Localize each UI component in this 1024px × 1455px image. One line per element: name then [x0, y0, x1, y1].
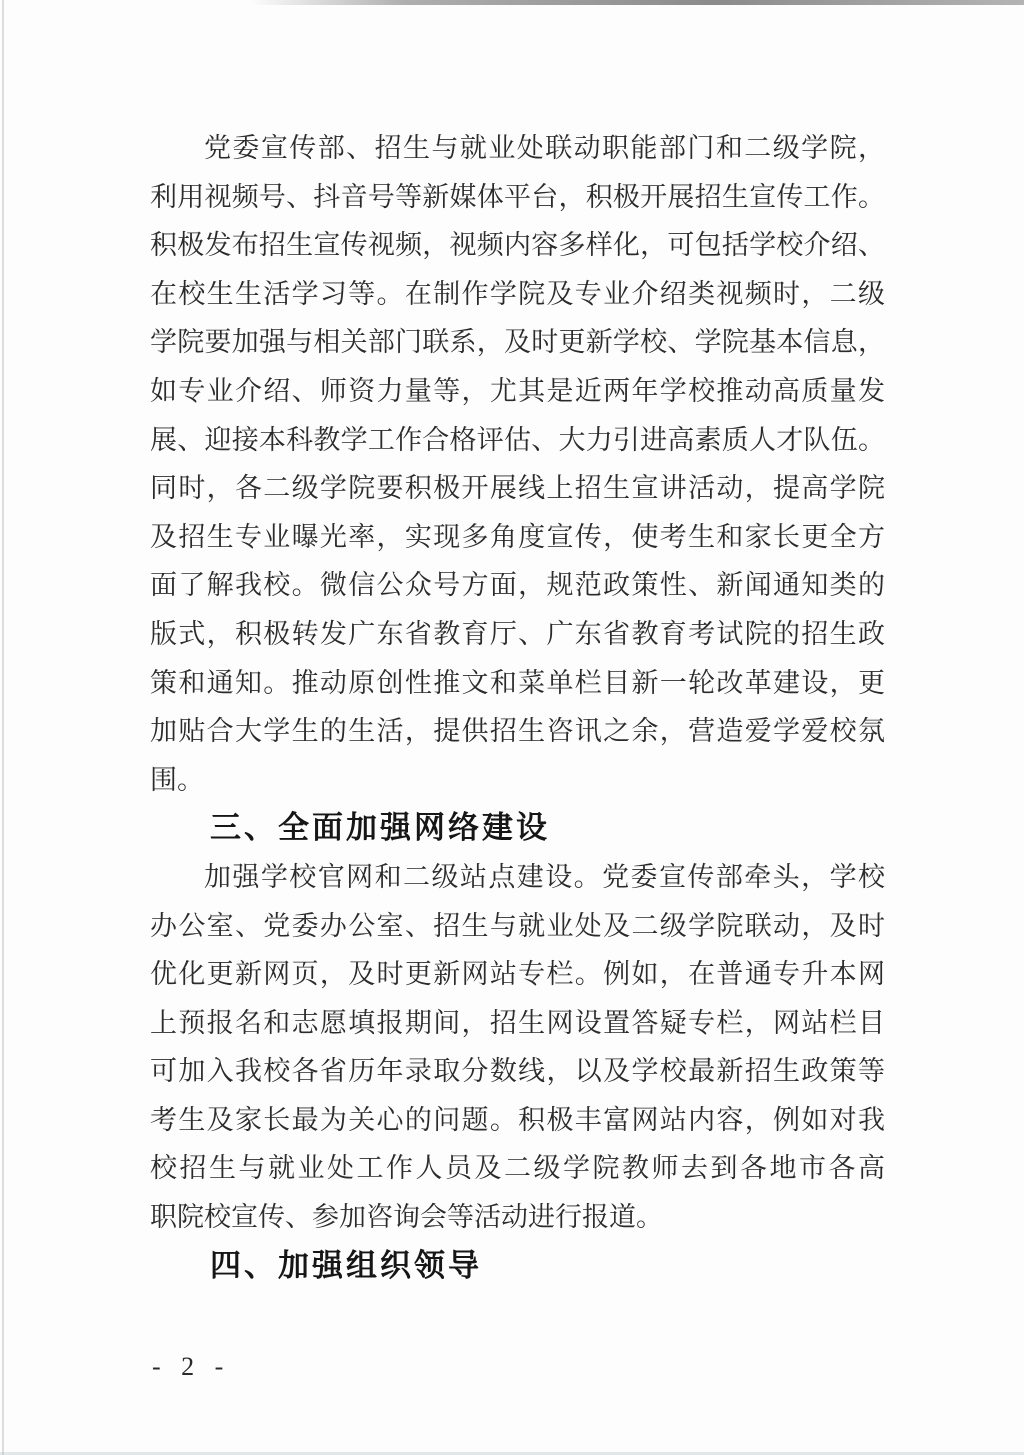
doc-line: 面了解我校。微信公众号方面，规范政策性、新闻通知类的: [150, 561, 885, 610]
doc-line: 上预报名和志愿填报期间，招生网设置答疑专栏，网站栏目: [150, 999, 885, 1048]
doc-line: 可加入我校各省历年录取分数线，以及学校最新招生政策等: [150, 1047, 885, 1096]
doc-line: 加贴合大学生的生活，提供招生咨讯之余，营造爱学爱校氛: [150, 707, 885, 756]
document-body: 党委宣传部、招生与就业处联动职能部门和二级学院， 利用视频号、抖音号等新媒体平台…: [150, 124, 885, 1290]
doc-line: 如专业介绍、师资力量等，尤其是近两年学校推动高质量发: [150, 367, 885, 416]
doc-line: 考生及家长最为关心的问题。积极丰富网站内容，例如对我: [150, 1096, 885, 1145]
doc-line: 在校生生活学习等。在制作学院及专业介绍类视频时，二级: [150, 270, 885, 319]
doc-line: 职院校宣传、参加咨询会等活动进行报道。: [150, 1193, 885, 1242]
doc-line: 学院要加强与相关部门联系，及时更新学校、学院基本信息，: [150, 318, 885, 367]
doc-line: 同时，各二级学院要积极开展线上招生宣讲活动，提高学院: [150, 464, 885, 513]
document-page: 党委宣传部、招生与就业处联动职能部门和二级学院， 利用视频号、抖音号等新媒体平台…: [0, 0, 1024, 1455]
doc-line: 围。: [150, 756, 885, 805]
scan-edge-top: [250, 0, 1024, 5]
doc-line: 利用视频号、抖音号等新媒体平台，积极开展招生宣传工作。: [150, 173, 885, 222]
doc-line: 展、迎接本科教学工作合格评估、大力引进高素质人才队伍。: [150, 416, 885, 465]
doc-line: 版式，积极转发广东省教育厅、广东省教育考试院的招生政: [150, 610, 885, 659]
doc-line: 及招生专业曝光率，实现多角度宣传，使考生和家长更全方: [150, 513, 885, 562]
section-heading-organization-leadership: 四、加强组织领导: [150, 1242, 885, 1291]
doc-line: 优化更新网页，及时更新网站专栏。例如，在普通专升本网: [150, 950, 885, 999]
doc-line: 积极发布招生宣传视频，视频内容多样化，可包括学校介绍、: [150, 221, 885, 270]
doc-line: 校招生与就业处工作人员及二级学院教师去到各地市各高: [150, 1144, 885, 1193]
page-number: - 2 -: [152, 1352, 230, 1382]
doc-line: 党委宣传部、招生与就业处联动职能部门和二级学院，: [150, 124, 885, 173]
doc-line: 策和通知。推动原创性推文和菜单栏目新一轮改革建设，更: [150, 659, 885, 708]
doc-line: 加强学校官网和二级站点建设。党委宣传部牵头，学校: [150, 853, 885, 902]
scan-edge-left: [2, 0, 4, 1455]
doc-line: 办公室、党委办公室、招生与就业处及二级学院联动，及时: [150, 902, 885, 951]
section-heading-network-construction: 三、全面加强网络建设: [150, 804, 885, 853]
